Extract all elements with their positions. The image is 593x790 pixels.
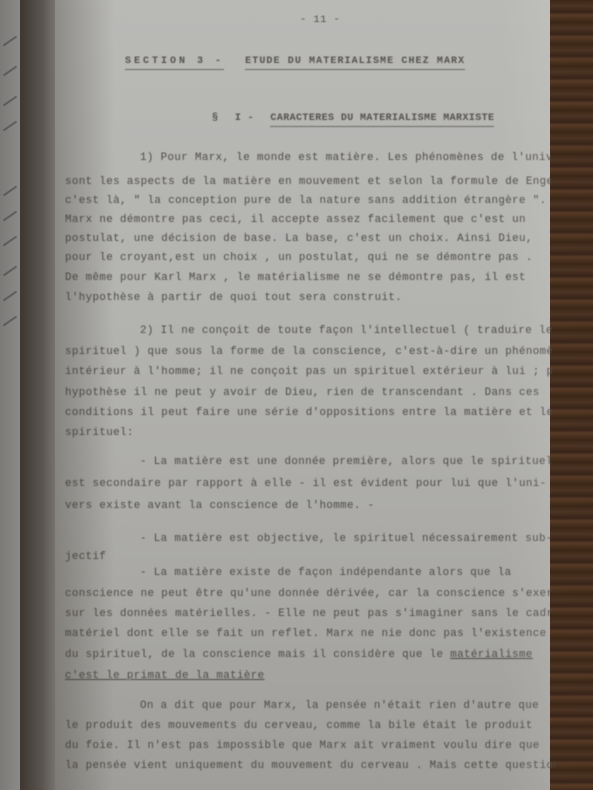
text-line: De même pour Karl Marx , le matérialisme… [65, 272, 526, 284]
section-title: ETUDE DU MATERIALISME CHEZ MARX [245, 56, 465, 70]
line-text: c'est là, " la conception pure de la nat… [65, 195, 547, 207]
line-text: sont les aspects de la matière en mouvem… [65, 176, 567, 188]
text-line: intérieur à l'homme; il ne conçoit pas u… [65, 366, 567, 378]
line-text: conscience ne peut être qu'une donnée dé… [65, 588, 567, 600]
text-line: jectif [65, 551, 106, 563]
line-text: la pensée vient uniquement du mouvement … [65, 760, 560, 772]
paragraph-symbol: § [212, 113, 218, 124]
line-text: intérieur à l'homme; il ne conçoit pas u… [65, 366, 567, 378]
section-heading: SECTION 3 - ETUDE DU MATERIALISME CHEZ M… [125, 56, 465, 67]
text-line: sur les données matérielles. - Elle ne p… [65, 608, 560, 620]
line-text: est secondaire par rapport à elle - il e… [65, 478, 547, 490]
text-line: du foie. Il n'est pas impossible que Mar… [65, 740, 540, 752]
text-line: postulat, une décision de base. La base,… [65, 233, 533, 245]
underlined-text: c'est le primat de la matière [65, 670, 265, 682]
line-text: jectif [65, 551, 106, 563]
text-line: c'est là, " la conception pure de la nat… [65, 195, 547, 207]
line-text: 2) Il ne conçoit de toute façon l'intell… [140, 325, 553, 337]
subsection-title: CARACTERES DU MATERIALISME MARXISTE [270, 113, 494, 127]
text-line: est secondaire par rapport à elle - il e… [65, 478, 547, 490]
subsection-heading: § I - CARACTERES DU MATERIALISME MARXIST… [212, 113, 494, 124]
line-text: hypothèse il ne peut y avoir de Dieu, ri… [65, 387, 540, 399]
section-label: SECTION 3 - [125, 56, 224, 70]
text-line: 2) Il ne conçoit de toute façon l'intell… [140, 325, 553, 337]
line-text: le produit des mouvements du cerveau, co… [65, 720, 533, 732]
text-line: conscience ne peut être qu'une donnée dé… [65, 588, 567, 600]
text-line: matériel dont elle se fait un reflet. Ma… [65, 628, 547, 640]
wooden-table-background [543, 0, 593, 790]
text-line: - La matière est une donnée première, al… [140, 456, 553, 468]
text-line: le produit des mouvements du cerveau, co… [65, 720, 533, 732]
text-line: 1) Pour Marx, le monde est matière. Les … [140, 152, 573, 164]
text-line: conditions il peut faire une série d'opp… [65, 407, 553, 419]
previous-page-edge [0, 0, 22, 790]
subsection-number: I - [235, 113, 254, 124]
underlined-text: matérialisme [450, 649, 533, 661]
page-number: - 11 - [300, 14, 340, 26]
line-text: - La matière existe de façon indépendant… [140, 567, 511, 579]
text-line: - La matière est objective, le spirituel… [140, 533, 553, 545]
text-line: Marx ne démontre pas ceci, il accepte as… [65, 214, 526, 226]
line-text: postulat, une décision de base. La base,… [65, 233, 533, 245]
book-gutter-shadow [20, 0, 60, 790]
line-text: matériel dont elle se fait un reflet. Ma… [65, 628, 547, 640]
line-text: sur les données matérielles. - Elle ne p… [65, 608, 560, 620]
typed-page: - 11 - SECTION 3 - ETUDE DU MATERIALISME… [55, 0, 550, 790]
text-line: vers existe avant la conscience de l'hom… [65, 500, 375, 512]
line-text: spirituel: [65, 427, 134, 439]
text-line: pour le croyant,est un choix , un postul… [65, 252, 533, 264]
text-line: sont les aspects de la matière en mouvem… [65, 176, 567, 188]
line-text: - La matière est une donnée première, al… [140, 456, 553, 468]
text-line: - La matière existe de façon indépendant… [140, 567, 511, 579]
line-text: De même pour Karl Marx , le matérialisme… [65, 272, 526, 284]
line-text: - La matière est objective, le spirituel… [140, 533, 553, 545]
line-text: vers existe avant la conscience de l'hom… [65, 500, 375, 512]
text-line: la pensée vient uniquement du mouvement … [65, 760, 560, 772]
line-text: du foie. Il n'est pas impossible que Mar… [65, 740, 540, 752]
text-line: spirituel ) que sous la forme de la cons… [65, 346, 567, 358]
line-text: spirituel ) que sous la forme de la cons… [65, 346, 567, 358]
text-line: l'hypothèse à partir de quoi tout sera c… [65, 292, 402, 304]
line-text: l'hypothèse à partir de quoi tout sera c… [65, 292, 402, 304]
line-text: conditions il peut faire une série d'opp… [65, 407, 553, 419]
text-line: c'est le primat de la matière [65, 670, 265, 682]
line-text: du spirituel, de la conscience mais il c… [65, 649, 450, 661]
text-line: du spirituel, de la conscience mais il c… [65, 649, 533, 661]
line-text: 1) Pour Marx, le monde est matière. Les … [140, 152, 573, 164]
line-text: On a dit que pour Marx, la pensée n'étai… [140, 700, 539, 712]
text-line: spirituel: [65, 427, 134, 439]
text-line: hypothèse il ne peut y avoir de Dieu, ri… [65, 387, 540, 399]
line-text: pour le croyant,est un choix , un postul… [65, 252, 533, 264]
line-text: Marx ne démontre pas ceci, il accepte as… [65, 214, 526, 226]
text-line: On a dit que pour Marx, la pensée n'étai… [140, 700, 539, 712]
